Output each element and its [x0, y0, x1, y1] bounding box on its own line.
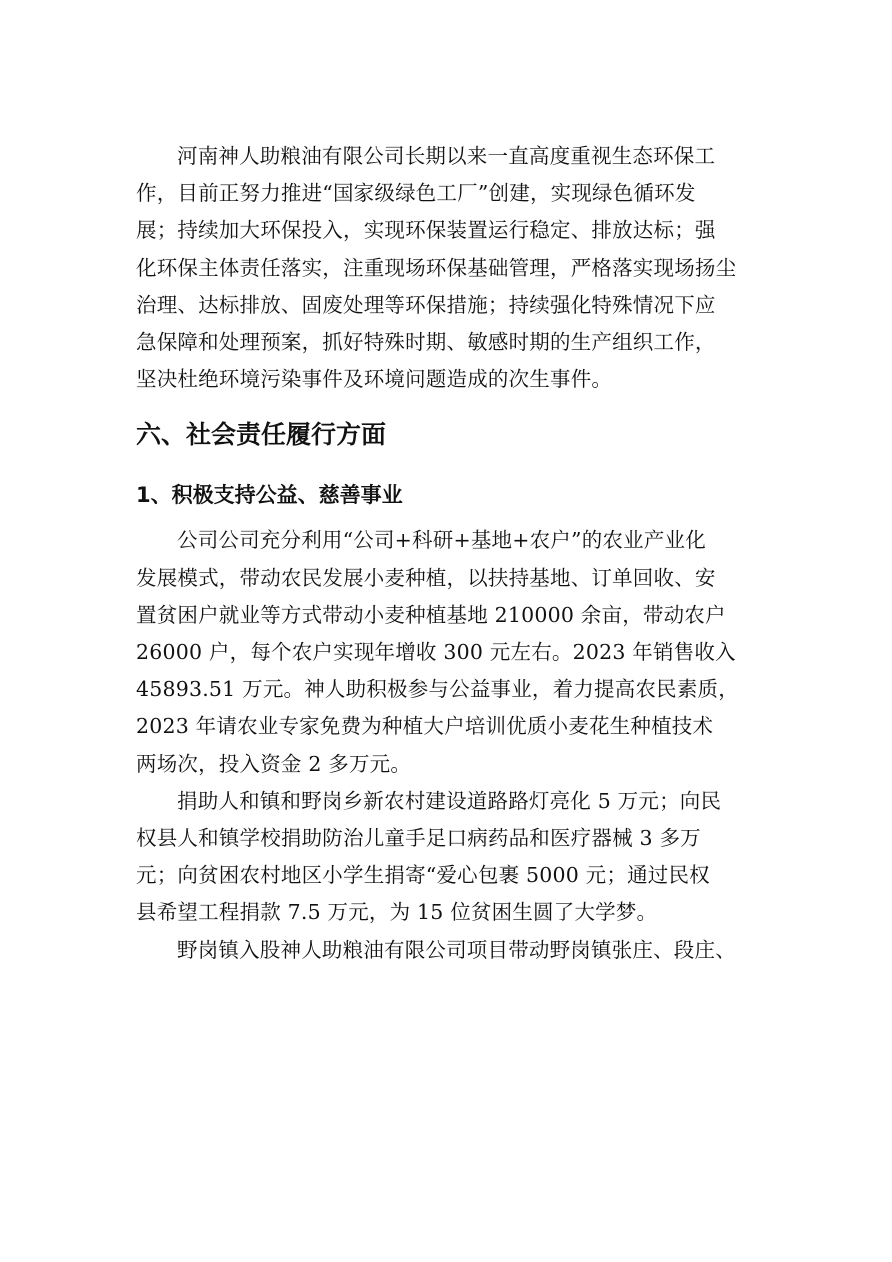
text-line: 捐助人和镇和野岗乡新农村建设道路路灯亮化 5 万元；向民: [136, 783, 772, 820]
text-line: 2023 年请农业专家免费为种植大户培训优质小麦花生种植技术: [136, 708, 772, 745]
document-page: 河南神人助粮油有限公司长期以来一直高度重视生态环保工 作，目前正努力推进“国家级…: [136, 138, 772, 969]
text-line: 公司公司充分利用“公司+科研+基地+农户”的农业产业化: [136, 522, 772, 559]
paragraph-environmental-protection: 河南神人助粮油有限公司长期以来一直高度重视生态环保工 作，目前正努力推进“国家级…: [136, 138, 772, 398]
text-line: 展；持续加大环保投入，实现环保装置运行稳定、排放达标；强: [136, 212, 772, 249]
section-heading: 六、社会责任履行方面: [136, 420, 772, 450]
text-line: 置贫困户就业等方式带动小麦种植基地 210000 余亩，带动农户: [136, 597, 772, 634]
text-line: 县希望工程捐款 7.5 万元，为 15 位贫困生圆了大学梦。: [136, 894, 772, 931]
text-line: 急保障和处理预案，抓好特殊时期、敏感时期的生产组织工作，: [136, 324, 772, 361]
text-line: 两场次，投入资金 2 多万元。: [136, 746, 772, 783]
paragraph-yegang-town: 野岗镇入股神人助粮油有限公司项目带动野岗镇张庄、段庄、: [136, 932, 772, 969]
text-line: 化环保主体责任落实，注重现场环保基础管理，严格落实现场扬尘: [136, 250, 772, 287]
text-line: 坚决杜绝环境污染事件及环境问题造成的次生事件。: [136, 361, 772, 398]
text-line: 治理、达标排放、固废处理等环保措施；持续强化特殊情况下应: [136, 287, 772, 324]
text-line: 作，目前正努力推进“国家级绿色工厂”创建，实现绿色循环发: [136, 175, 772, 212]
paragraph-industrialization-model: 公司公司充分利用“公司+科研+基地+农户”的农业产业化 发展模式，带动农民发展小…: [136, 522, 772, 782]
text-line: 26000 户，每个农户实现年增收 300 元左右。2023 年销售收入: [136, 634, 772, 671]
paragraph-donations: 捐助人和镇和野岗乡新农村建设道路路灯亮化 5 万元；向民 权县人和镇学校捐助防治…: [136, 783, 772, 932]
text-line: 权县人和镇学校捐助防治儿童手足口病药品和医疗器械 3 多万: [136, 820, 772, 857]
text-line: 野岗镇入股神人助粮油有限公司项目带动野岗镇张庄、段庄、: [136, 932, 772, 969]
subsection-heading: 1、积极支持公益、慈善事业: [136, 482, 772, 508]
text-line: 45893.51 万元。神人助积极参与公益事业，着力提高农民素质，: [136, 671, 772, 708]
text-line: 发展模式，带动农民发展小麦种植，以扶持基地、订单回收、安: [136, 560, 772, 597]
text-line: 元；向贫困农村地区小学生捐寄“爱心包裹 5000 元；通过民权: [136, 857, 772, 894]
text-line: 河南神人助粮油有限公司长期以来一直高度重视生态环保工: [136, 138, 772, 175]
